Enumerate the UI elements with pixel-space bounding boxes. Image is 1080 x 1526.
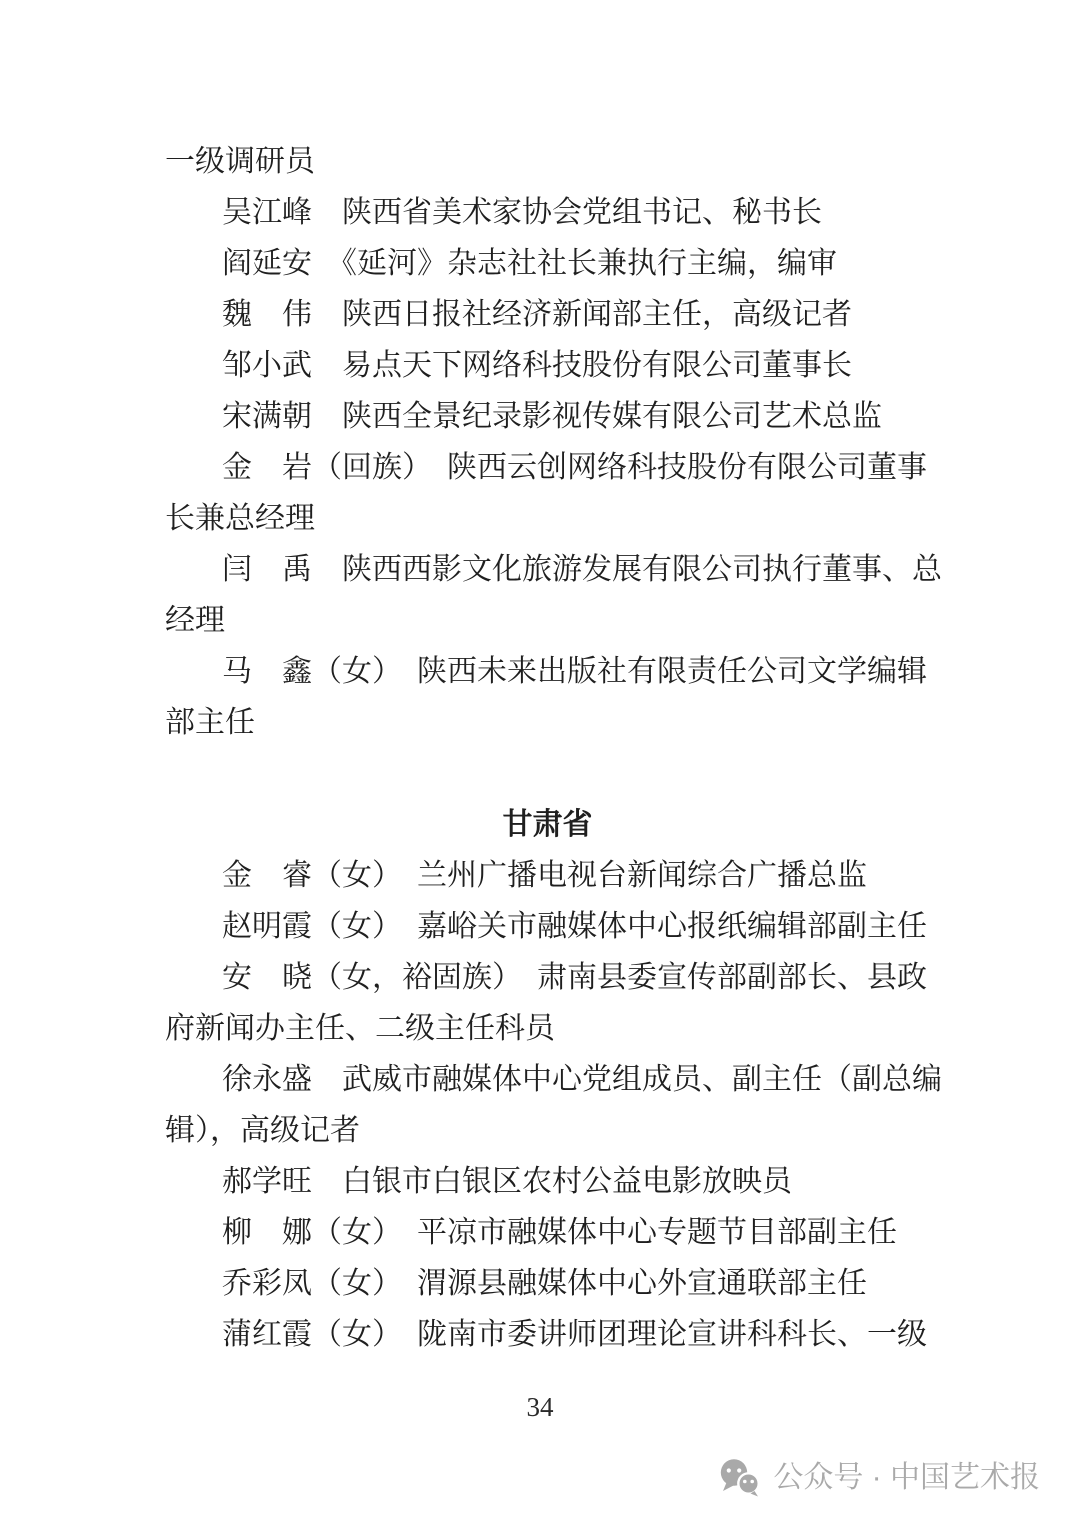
entry-line: 金 岩（回族） 陕西云创网络科技股份有限公司董事 bbox=[165, 442, 935, 493]
entry-line: 吴江峰 陕西省美术家协会党组书记、秘书长 bbox=[165, 187, 935, 238]
entry-line: 马 鑫（女） 陕西未来出版社有限责任公司文学编辑 bbox=[165, 646, 935, 697]
entry-line: 赵明霞（女） 嘉峪关市融媒体中心报纸编辑部副主任 bbox=[165, 901, 935, 952]
wechat-icon bbox=[718, 1459, 762, 1497]
entry-line: 邹小武 易点天下网络科技股份有限公司董事长 bbox=[165, 340, 935, 391]
page-number: 34 bbox=[0, 1392, 1080, 1423]
entry-line: 阎延安 《延河》杂志社社长兼执行主编，编审 bbox=[165, 238, 935, 289]
entry-line: 魏 伟 陕西日报社经济新闻部主任，高级记者 bbox=[165, 289, 935, 340]
entry-continuation-line: 长兼总经理 bbox=[165, 493, 935, 544]
entry-line: 柳 娜（女） 平凉市融媒体中心专题节目部副主任 bbox=[165, 1207, 935, 1258]
entry-continuation-line: 部主任 bbox=[165, 697, 935, 748]
watermark: 公众号 · 中国艺术报 bbox=[718, 1458, 1040, 1498]
watermark-label: 公众号 · 中国艺术报 bbox=[773, 1458, 1040, 1498]
blank-line bbox=[165, 748, 935, 799]
entry-line: 蒲红霞（女） 陇南市委讲师团理论宣讲科科长、一级 bbox=[165, 1309, 935, 1360]
entry-line: 闫 禹 陕西西影文化旅游发展有限公司执行董事、总 bbox=[165, 544, 935, 595]
entry-line: 乔彩凤（女） 渭源县融媒体中心外宣通联部主任 bbox=[165, 1258, 935, 1309]
entry-line: 宋满朝 陕西全景纪录影视传媒有限公司艺术总监 bbox=[165, 391, 935, 442]
entry-line: 安 晓（女，裕固族） 肃南县委宣传部副部长、县政 bbox=[165, 952, 935, 1003]
entry-line: 徐永盛 武威市融媒体中心党组成员、副主任（副总编 bbox=[165, 1054, 935, 1105]
section-heading-gansu: 甘肃省 bbox=[165, 799, 930, 850]
entry-line: 金 睿（女） 兰州广播电视台新闻综合广播总监 bbox=[165, 850, 935, 901]
document-body: 一级调研员 吴江峰 陕西省美术家协会党组书记、秘书长 阎延安 《延河》杂志社社长… bbox=[165, 136, 935, 1360]
rank-heading: 一级调研员 bbox=[165, 136, 935, 187]
entry-continuation-line: 经理 bbox=[165, 595, 935, 646]
document-page: 一级调研员 吴江峰 陕西省美术家协会党组书记、秘书长 阎延安 《延河》杂志社社长… bbox=[0, 0, 1080, 1526]
entry-line: 郝学旺 白银市白银区农村公益电影放映员 bbox=[165, 1156, 935, 1207]
entry-continuation-line: 辑），高级记者 bbox=[165, 1105, 935, 1156]
entry-continuation-line: 府新闻办主任、二级主任科员 bbox=[165, 1003, 935, 1054]
